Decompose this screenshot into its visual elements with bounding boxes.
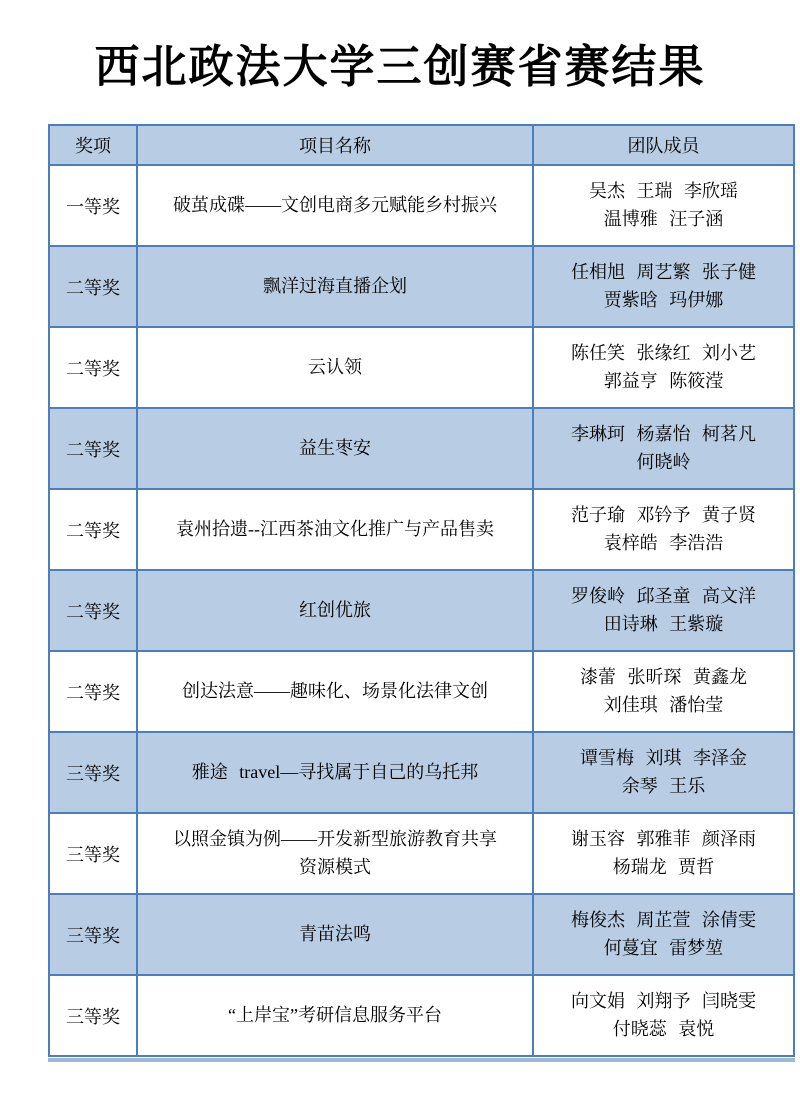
project-name-line: 云认领: [144, 354, 526, 382]
project-name-line: 益生枣安: [144, 435, 526, 463]
team-members-line: 陈任笑 张缘红 刘小艺: [540, 340, 787, 368]
team-members-cell: 谢玉容 郭雅菲 颜泽雨杨瑞龙 贾哲: [533, 813, 794, 894]
team-members-line: 谢玉容 郭雅菲 颜泽雨: [540, 826, 787, 854]
team-members-cell: 李琳珂 杨嘉怡 柯茗凡何晓岭: [533, 408, 794, 489]
team-members-line: 范子瑜 邓钤予 黄子贤: [540, 502, 787, 530]
award-cell: 二等奖: [49, 246, 137, 327]
project-name-line: 袁州拾遗--江西茶油文化推广与产品售卖: [144, 516, 526, 544]
team-members-line: 付晓蕊 袁悦: [540, 1016, 787, 1044]
page-title: 西北政法大学三创赛省赛结果: [0, 40, 800, 94]
team-members-line: 梅俊杰 周芷萱 涂倩雯: [540, 907, 787, 935]
project-name-cell: 创达法意——趣味化、场景化法律文创: [137, 651, 533, 732]
table-row: 二等奖益生枣安李琳珂 杨嘉怡 柯茗凡何晓岭: [49, 408, 794, 489]
team-members-line: 罗俊岭 邱圣童 高文洋: [540, 583, 787, 611]
table-row: 一等奖破茧成碟——文创电商多元赋能乡村振兴吴杰 王瑞 李欣瑶温博雅 汪子涵: [49, 165, 794, 246]
table-row: 三等奖以照金镇为例——开发新型旅游教育共享资源模式谢玉容 郭雅菲 颜泽雨杨瑞龙 …: [49, 813, 794, 894]
table-row: 二等奖红创优旅罗俊岭 邱圣童 高文洋田诗琳 王紫璇: [49, 570, 794, 651]
project-name-cell: 益生枣安: [137, 408, 533, 489]
project-name-cell: 雅途 travel—寻找属于自己的乌托邦: [137, 732, 533, 813]
team-members-cell: 范子瑜 邓钤予 黄子贤袁梓皓 李浩浩: [533, 489, 794, 570]
team-members-line: 吴杰 王瑞 李欣瑶: [540, 178, 787, 206]
project-name-line: 破茧成碟——文创电商多元赋能乡村振兴: [144, 192, 526, 220]
team-members-line: 袁梓皓 李浩浩: [540, 530, 787, 558]
award-cell: 二等奖: [49, 327, 137, 408]
team-members-line: 田诗琳 王紫璇: [540, 611, 787, 639]
award-cell: 二等奖: [49, 408, 137, 489]
project-name-line: “上岸宝”考研信息服务平台: [144, 1002, 526, 1030]
table-row: 三等奖青苗法鸣梅俊杰 周芷萱 涂倩雯何蔓宜 雷梦堃: [49, 894, 794, 975]
project-name-cell: 红创优旅: [137, 570, 533, 651]
project-name-line: 红创优旅: [144, 597, 526, 625]
team-members-line: 杨瑞龙 贾哲: [540, 854, 787, 882]
team-members-line: 李琳珂 杨嘉怡 柯茗凡: [540, 421, 787, 449]
results-table: 奖项 项目名称 团队成员 一等奖破茧成碟——文创电商多元赋能乡村振兴吴杰 王瑞 …: [48, 124, 795, 1057]
project-name-line: 雅途 travel—寻找属于自己的乌托邦: [144, 759, 526, 787]
project-name-line: 青苗法鸣: [144, 921, 526, 949]
award-cell: 三等奖: [49, 813, 137, 894]
team-members-line: 温博雅 汪子涵: [540, 206, 787, 234]
table-row: 三等奖雅途 travel—寻找属于自己的乌托邦谭雪梅 刘琪 李泽金余琴 王乐: [49, 732, 794, 813]
project-name-line: 资源模式: [144, 854, 526, 882]
project-name-cell: 以照金镇为例——开发新型旅游教育共享资源模式: [137, 813, 533, 894]
team-members-line: 郭益亨 陈筱滢: [540, 368, 787, 396]
header-project: 项目名称: [137, 125, 533, 165]
team-members-cell: 漆蕾 张昕琛 黄鑫龙刘佳琪 潘怡莹: [533, 651, 794, 732]
award-cell: 二等奖: [49, 570, 137, 651]
project-name-cell: 青苗法鸣: [137, 894, 533, 975]
project-name-cell: 飘洋过海直播企划: [137, 246, 533, 327]
table-body: 一等奖破茧成碟——文创电商多元赋能乡村振兴吴杰 王瑞 李欣瑶温博雅 汪子涵二等奖…: [49, 165, 794, 1056]
award-cell: 三等奖: [49, 975, 137, 1056]
team-members-cell: 任相旭 周艺繁 张子健贾紫晗 玛伊娜: [533, 246, 794, 327]
team-members-line: 余琴 王乐: [540, 773, 787, 801]
team-members-line: 何蔓宜 雷梦堃: [540, 935, 787, 963]
project-name-line: 创达法意——趣味化、场景化法律文创: [144, 678, 526, 706]
project-name-line: 飘洋过海直播企划: [144, 273, 526, 301]
table-row: 二等奖袁州拾遗--江西茶油文化推广与产品售卖范子瑜 邓钤予 黄子贤袁梓皓 李浩浩: [49, 489, 794, 570]
team-members-line: 任相旭 周艺繁 张子健: [540, 259, 787, 287]
table-row: 二等奖云认领陈任笑 张缘红 刘小艺郭益亨 陈筱滢: [49, 327, 794, 408]
table-row: 二等奖飘洋过海直播企划任相旭 周艺繁 张子健贾紫晗 玛伊娜: [49, 246, 794, 327]
project-name-cell: 云认领: [137, 327, 533, 408]
award-cell: 一等奖: [49, 165, 137, 246]
team-members-line: 漆蕾 张昕琛 黄鑫龙: [540, 664, 787, 692]
award-cell: 三等奖: [49, 894, 137, 975]
project-name-line: 以照金镇为例——开发新型旅游教育共享: [144, 826, 526, 854]
award-cell: 二等奖: [49, 489, 137, 570]
table-bottom-strip: [48, 1058, 795, 1062]
team-members-cell: 梅俊杰 周芷萱 涂倩雯何蔓宜 雷梦堃: [533, 894, 794, 975]
project-name-cell: “上岸宝”考研信息服务平台: [137, 975, 533, 1056]
team-members-cell: 谭雪梅 刘琪 李泽金余琴 王乐: [533, 732, 794, 813]
team-members-line: 刘佳琪 潘怡莹: [540, 692, 787, 720]
header-award: 奖项: [49, 125, 137, 165]
project-name-cell: 破茧成碟——文创电商多元赋能乡村振兴: [137, 165, 533, 246]
team-members-cell: 向文娟 刘翔予 闫晓雯付晓蕊 袁悦: [533, 975, 794, 1056]
table-row: 二等奖创达法意——趣味化、场景化法律文创漆蕾 张昕琛 黄鑫龙刘佳琪 潘怡莹: [49, 651, 794, 732]
table-row: 三等奖“上岸宝”考研信息服务平台向文娟 刘翔予 闫晓雯付晓蕊 袁悦: [49, 975, 794, 1056]
team-members-line: 贾紫晗 玛伊娜: [540, 287, 787, 315]
award-cell: 三等奖: [49, 732, 137, 813]
team-members-line: 谭雪梅 刘琪 李泽金: [540, 745, 787, 773]
team-members-cell: 陈任笑 张缘红 刘小艺郭益亨 陈筱滢: [533, 327, 794, 408]
header-members: 团队成员: [533, 125, 794, 165]
team-members-cell: 罗俊岭 邱圣童 高文洋田诗琳 王紫璇: [533, 570, 794, 651]
award-cell: 二等奖: [49, 651, 137, 732]
project-name-cell: 袁州拾遗--江西茶油文化推广与产品售卖: [137, 489, 533, 570]
table-header-row: 奖项 项目名称 团队成员: [49, 125, 794, 165]
team-members-line: 何晓岭: [540, 449, 787, 477]
team-members-line: 向文娟 刘翔予 闫晓雯: [540, 988, 787, 1016]
team-members-cell: 吴杰 王瑞 李欣瑶温博雅 汪子涵: [533, 165, 794, 246]
